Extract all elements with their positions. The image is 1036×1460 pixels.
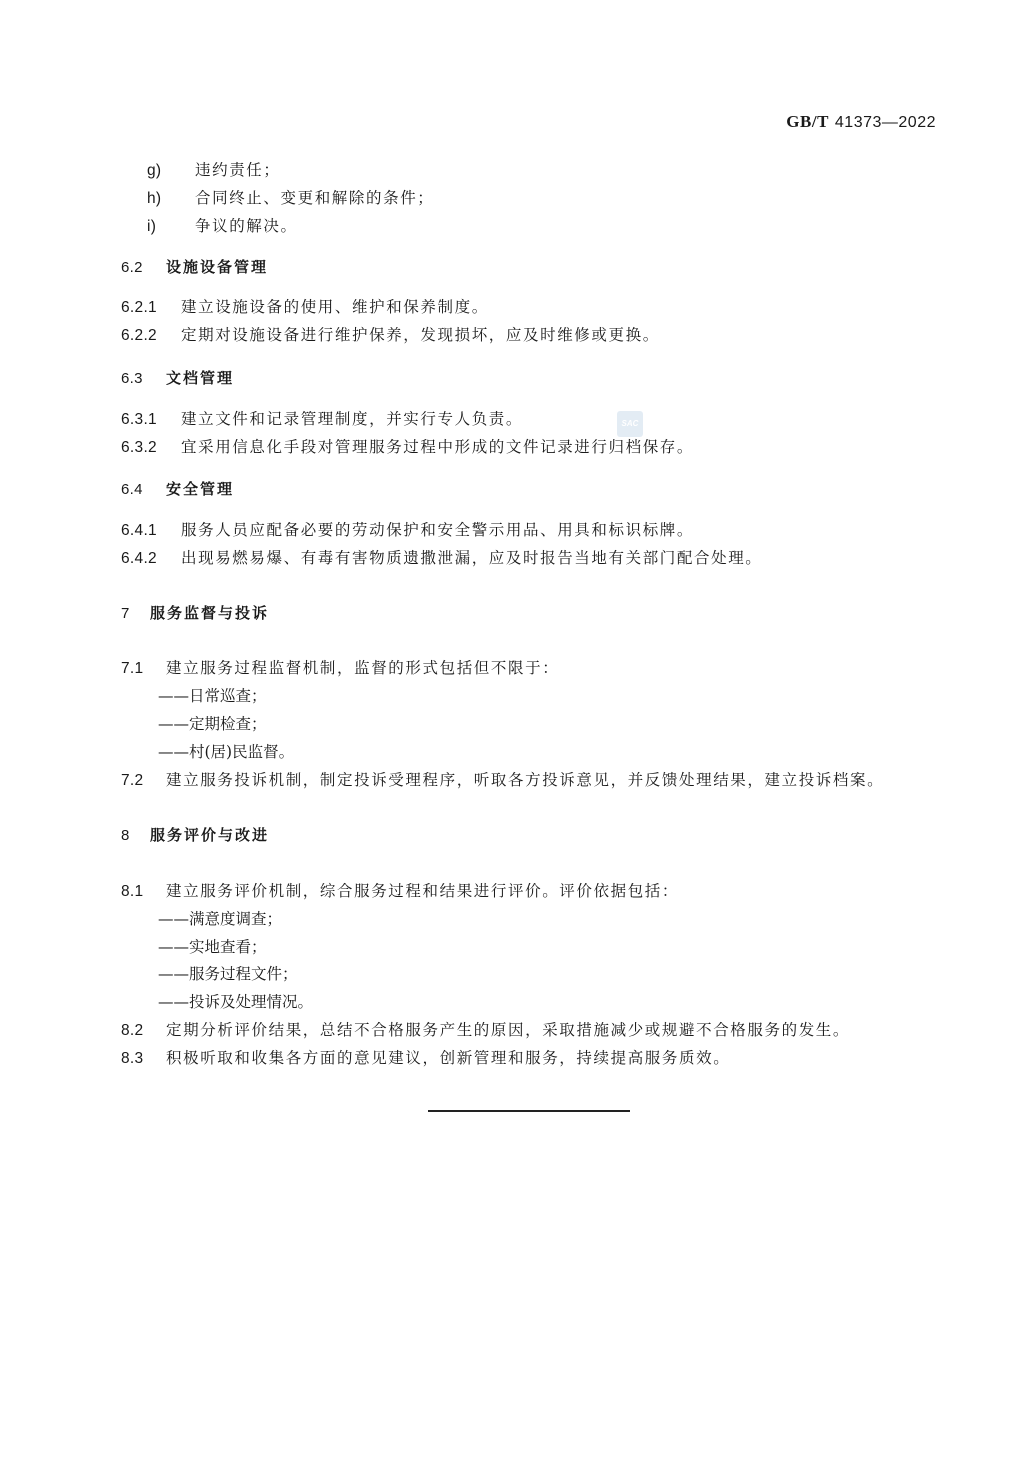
clause-text: 建立文件和记录管理制度，并实行专人负责。	[181, 410, 523, 428]
clause-7-1: 7.1建立服务过程监督机制，监督的形式包括但不限于：	[121, 658, 559, 679]
section-title: 设施设备管理	[166, 258, 268, 276]
list-item: h)合同终止、变更和解除的条件；	[147, 188, 434, 209]
section-number: 7	[121, 604, 150, 624]
section-number: 8	[121, 826, 150, 846]
section-number: 6.4	[121, 480, 166, 500]
clause-number: 7.1	[121, 659, 166, 679]
clause-text: 宜采用信息化手段对管理服务过程中形成的文件记录进行归档保存。	[181, 438, 694, 456]
clause-number: 8.1	[121, 882, 166, 902]
clause-text: 建立设施设备的使用、维护和保养制度。	[181, 298, 489, 316]
section-heading-8: 8服务评价与改进	[121, 825, 269, 846]
clause-text: 出现易燃易爆、有毒有害物质遗撒泄漏，应及时报告当地有关部门配合处理。	[181, 549, 762, 567]
dash-item: ——实地查看；	[158, 937, 267, 957]
section-title: 服务监督与投诉	[150, 604, 269, 622]
dash-item: ——日常巡查；	[158, 686, 267, 706]
clause-8-3: 8.3积极听取和收集各方面的意见建议，创新管理和服务，持续提高服务质效。	[121, 1048, 730, 1069]
sac-watermark-icon: SAC	[617, 411, 643, 437]
clause-6-3-2: 6.3.2宜采用信息化手段对管理服务过程中形成的文件记录进行归档保存。	[121, 437, 694, 458]
clause-number: 6.4.1	[121, 521, 181, 541]
clause-number: 7.2	[121, 771, 166, 791]
section-heading-6-3: 6.3文档管理	[121, 368, 234, 389]
list-text: 合同终止、变更和解除的条件；	[195, 189, 434, 207]
clause-number: 8.3	[121, 1049, 166, 1069]
list-item: i)争议的解决。	[147, 216, 298, 237]
clause-text: 服务人员应配备必要的劳动保护和安全警示用品、用具和标识标牌。	[181, 521, 694, 539]
clause-6-3-1: 6.3.1建立文件和记录管理制度，并实行专人负责。	[121, 409, 523, 430]
document-page: GB/T41373—2022 g)违约责任； h)合同终止、变更和解除的条件； …	[0, 0, 1036, 1460]
dash-item: ——投诉及处理情况。	[158, 992, 313, 1012]
dash-item: ——满意度调查；	[158, 909, 282, 929]
section-number: 6.3	[121, 369, 166, 389]
clause-number: 8.2	[121, 1021, 166, 1041]
section-heading-6-4: 6.4安全管理	[121, 479, 234, 500]
list-text: 违约责任；	[195, 161, 281, 179]
standard-number: 41373—2022	[835, 114, 936, 131]
clause-number: 6.3.2	[121, 438, 181, 458]
clause-text: 建立服务过程监督机制，监督的形式包括但不限于：	[166, 659, 559, 677]
clause-text: 定期分析评价结果，总结不合格服务产生的原因，采取措施减少或规避不合格服务的发生。	[166, 1021, 850, 1039]
section-title: 文档管理	[166, 369, 234, 387]
dash-item: ——定期检查；	[158, 714, 267, 734]
list-marker: i)	[147, 217, 195, 237]
list-item: g)违约责任；	[147, 160, 281, 181]
clause-6-2-1: 6.2.1建立设施设备的使用、维护和保养制度。	[121, 297, 489, 318]
clause-number: 6.4.2	[121, 549, 181, 569]
clause-text: 积极听取和收集各方面的意见建议，创新管理和服务，持续提高服务质效。	[166, 1049, 730, 1067]
section-title: 安全管理	[166, 480, 234, 498]
clause-number: 6.3.1	[121, 410, 181, 430]
section-title: 服务评价与改进	[150, 826, 269, 844]
list-text: 争议的解决。	[195, 217, 298, 235]
clause-text: 定期对设施设备进行维护保养，发现损坏，应及时维修或更换。	[181, 326, 660, 344]
end-of-document-rule	[428, 1110, 630, 1112]
section-number: 6.2	[121, 258, 166, 278]
clause-8-2: 8.2定期分析评价结果，总结不合格服务产生的原因，采取措施减少或规避不合格服务的…	[121, 1020, 850, 1041]
standard-prefix: GB/T	[786, 112, 829, 131]
dash-item: ——村(居)民监督。	[158, 742, 294, 762]
section-heading-6-2: 6.2设施设备管理	[121, 257, 268, 278]
dash-item: ——服务过程文件；	[158, 964, 298, 984]
list-marker: h)	[147, 189, 195, 209]
clause-text: 建立服务评价机制，综合服务过程和结果进行评价。评价依据包括：	[166, 882, 679, 900]
clause-6-4-2: 6.4.2出现易燃易爆、有毒有害物质遗撒泄漏，应及时报告当地有关部门配合处理。	[121, 548, 762, 569]
clause-text: 建立服务投诉机制，制定投诉受理程序，听取各方投诉意见，并反馈处理结果，建立投诉档…	[166, 771, 884, 789]
list-marker: g)	[147, 161, 195, 181]
section-heading-7: 7服务监督与投诉	[121, 603, 269, 624]
standard-number-header: GB/T41373—2022	[786, 112, 936, 132]
clause-number: 6.2.2	[121, 326, 181, 346]
clause-6-2-2: 6.2.2定期对设施设备进行维护保养，发现损坏，应及时维修或更换。	[121, 325, 660, 346]
clause-8-1: 8.1建立服务评价机制，综合服务过程和结果进行评价。评价依据包括：	[121, 881, 679, 902]
clause-7-2: 7.2建立服务投诉机制，制定投诉受理程序，听取各方投诉意见，并反馈处理结果，建立…	[121, 770, 884, 791]
clause-6-4-1: 6.4.1服务人员应配备必要的劳动保护和安全警示用品、用具和标识标牌。	[121, 520, 694, 541]
clause-number: 6.2.1	[121, 298, 181, 318]
